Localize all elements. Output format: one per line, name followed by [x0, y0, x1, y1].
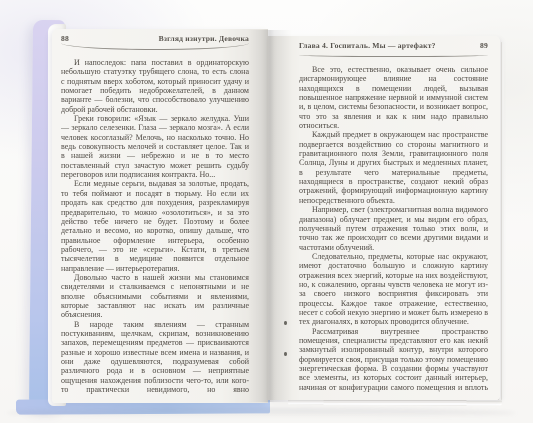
paragraph: В народе таким явлениям — странным посту… [61, 320, 249, 395]
binding-stitch-dot [284, 352, 287, 356]
binding-stitch-dot [284, 321, 287, 325]
paragraph: И напоследок: папа поставил в ординаторс… [61, 58, 249, 114]
right-page-text: Все это, естественно, оказывает очень си… [299, 65, 488, 392]
left-running-head: Взгляд изнутри. Девочка [159, 34, 249, 43]
paragraph: Следовательно, предметы, которые нас окр… [299, 252, 488, 327]
paragraph: Довольно часто в нашей жизни мы становим… [61, 273, 249, 320]
paragraph: Если медные серьги, выдавая за золотые, … [61, 179, 249, 272]
left-page-number: 88 [61, 34, 69, 43]
paragraph: Каждый предмет в окружающем нас простран… [299, 130, 488, 205]
left-page-text: И напоследок: папа поставил в ординаторс… [61, 58, 249, 395]
left-running-head-row: 88 Взгляд изнутри. Девочка [61, 34, 249, 43]
right-page: Глава 4. Госпиталь. Мы — артефакт? 89 Вс… [268, 36, 500, 400]
left-page: 88 Взгляд изнутри. Девочка И напоследок:… [52, 29, 268, 403]
book-photo: 88 Взгляд изнутри. Девочка И напоследок:… [0, 0, 533, 423]
paragraph: Греки говорили: «Язык — зеркало желудка.… [61, 114, 249, 179]
right-header-rule [299, 50, 488, 57]
right-running-head-row: Глава 4. Госпиталь. Мы — артефакт? 89 [299, 41, 488, 50]
book-shadow [6, 408, 516, 418]
left-header-rule [61, 43, 249, 50]
paragraph: Рассматривая внутреннее пространство пом… [299, 327, 488, 392]
right-running-head: Глава 4. Госпиталь. Мы — артефакт? [299, 41, 436, 50]
paragraph: Например, свет (электромагнитная волна в… [299, 205, 488, 252]
paragraph: Все это, естественно, оказывает очень си… [299, 65, 488, 130]
right-page-number: 89 [480, 41, 488, 50]
